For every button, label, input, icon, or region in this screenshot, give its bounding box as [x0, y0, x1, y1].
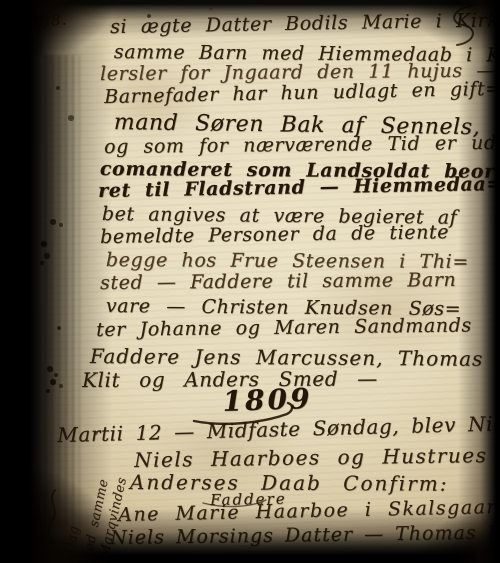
- year-heading: 1809: [222, 382, 313, 418]
- manuscript-line: ter Johanne og Maren Sandmands: [96, 314, 472, 341]
- page-number: 238.: [29, 10, 68, 31]
- manuscript-line: sted — Faddere til samme Barn: [100, 269, 456, 294]
- manuscript-line: Niels Haarboes og Hustrues Søn: [134, 442, 500, 472]
- manuscript-photo: 238. si ægte Datter Bodils Marie i Kirke…: [0, 0, 500, 563]
- manuscript-line: Anderses Daab Confirm:: [130, 470, 449, 496]
- manuscript-line: og som for nærværende Tid er ud: [104, 132, 497, 158]
- binding-shadow: [44, 55, 80, 528]
- ink-stains: [0, 0, 2, 2]
